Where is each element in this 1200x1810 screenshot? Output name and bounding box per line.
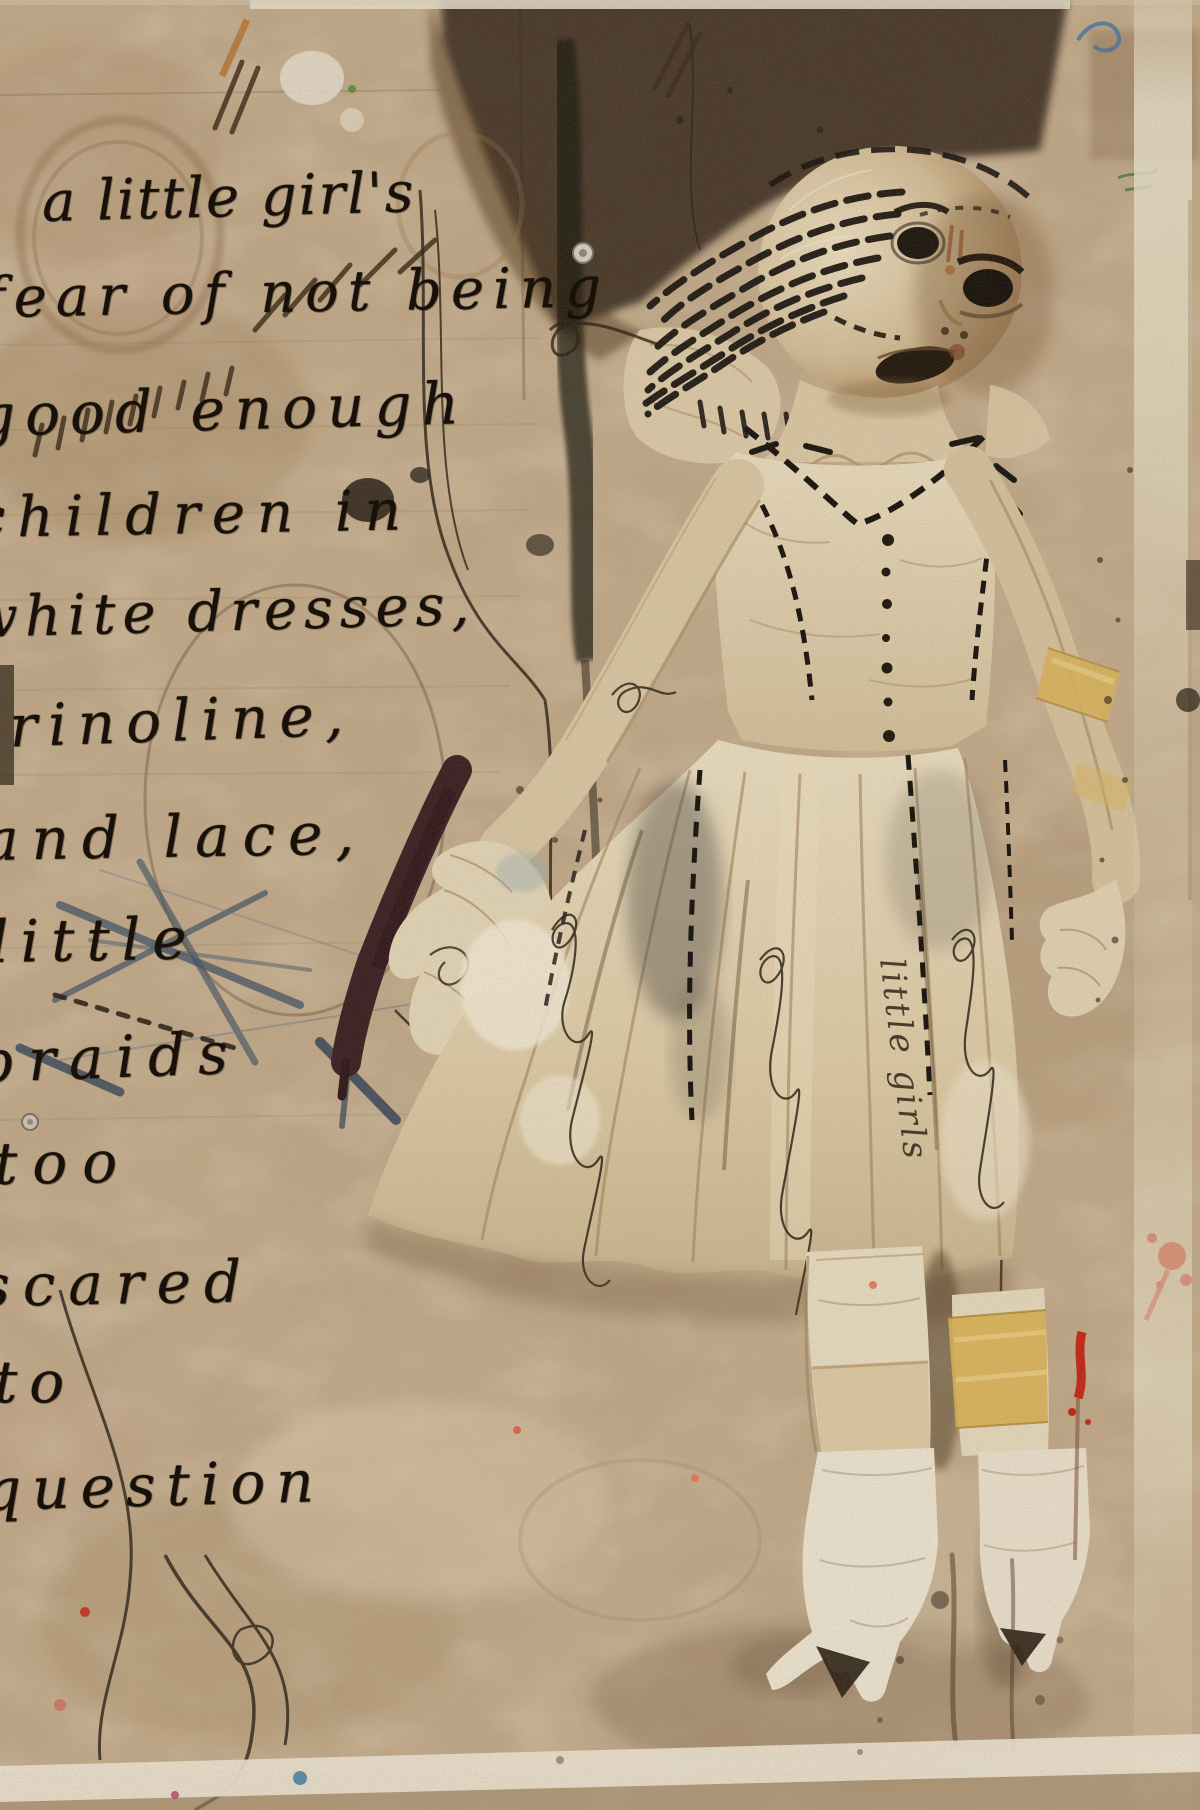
grain-texture: [0, 0, 1200, 1810]
artwork-canvas: little girls: [0, 0, 1200, 1810]
artwork-photo: little girls: [0, 0, 1200, 1810]
